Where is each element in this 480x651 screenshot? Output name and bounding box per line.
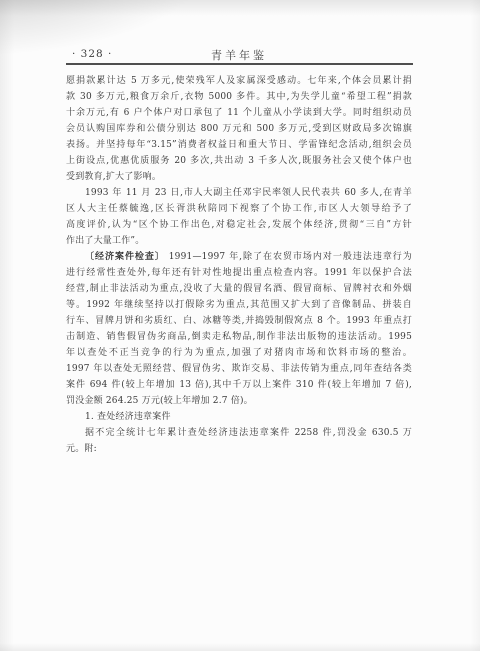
text-line: 受到教育,扩大了影响。 [66,169,412,185]
book-title: 青羊年鉴 [66,47,412,63]
text-line: 等。1992 年继续坚持以打假除劣为重点,其范围又扩大到了音像制品、拼装自 [66,297,412,313]
text-line: 区人大主任蔡毓逸,区长胥洪秋陪同下视察了个协工作,市区人大领导给予了 [66,201,412,217]
text-line: 罚没金额 264.25 万元(较上年增加 2.7 倍)。 [66,393,412,409]
text-line: 1997 年以查处无照经营、假冒伪劣、欺诈交易、非法传销为重点,同年查结各类 [66,361,412,377]
text-line: 十余万元,有 6 户个体户对口承包了 11 个儿童从小学读到大学。同时组织动员 [66,105,412,121]
text-line: 年以查处不正当竞争的行为为重点,加强了对猪肉市场和饮料市场的整治。 [66,345,412,361]
page-header: · 328 · 青羊年鉴 [66,46,412,62]
scanned-page: · 328 · 青羊年鉴 愿捐款累计达 5 万多元,使荣残军人及家属深受感动。七… [0,0,480,651]
header-rule [66,63,413,65]
text-line: 元。附: [66,441,412,457]
text-line: 案件 694 件(较上年增加 13 倍),其中千万以上案件 310 件(较上年增… [66,377,412,393]
text-line: 1. 查处经济违章案件 [66,409,412,425]
text-line: 击制造、销售假冒伪劣商品,倒卖走私物品,制作非法出版物的违法活动。1995 [66,329,412,345]
text-line: 愿捐款累计达 5 万多元,使荣残军人及家属深受感动。七年来,个体会员累计捐 [66,73,412,89]
text-line: 款 30 多万元,粮食万余斤,衣物 5000 多件。其中,为失学儿童“希望工程”… [66,89,412,105]
page-body: 愿捐款累计达 5 万多元,使荣残军人及家属深受感动。七年来,个体会员累计捐款 3… [66,73,412,457]
text-lines: 愿捐款累计达 5 万多元,使荣残军人及家属深受感动。七年来,个体会员累计捐款 3… [66,73,412,457]
text-line: 进行经常性查处外,每年还有针对性地提出重点检查内容。1991 年以保护合法 [66,265,412,281]
text-line: 作出了大量工作”。 [66,233,412,249]
text-line: 表扬。并坚持每年“3.15”消费者权益日和重大节日、学雷锋纪念活动,组织会员 [66,137,412,153]
text-line: 上街设点,优惠优质服务 20 多次,共出动 3 千多人次,既服务社会又使个体户也 [66,153,412,169]
text-line: 行车、冒牌月饼和劣质红、白、冰糖等类,并捣毁制假窝点 8 个。1993 年重点打 [66,313,412,329]
text-line: 会员认购国库券和公债分别达 800 万元和 500 多万元,受到区财政局多次锦旗 [66,121,412,137]
entry-title: 〔经济案件检查〕 [85,252,165,262]
text-line: 1993 年 11 月 23 日,市人大副主任邓宇民率领人民代表共 60 多人,… [66,185,412,201]
text-line: 高度评价,认为“区个协工作出色,对稳定社会,发展个体经济,贯彻“三自”方针 [66,217,412,233]
text-line: 经营,制止非法活动为重点,没收了大量的假冒名酒、假冒商标、冒牌衬衣和外烟 [66,281,412,297]
text-line: 〔经济案件检查〕 1991—1997 年,除了在农贸市场内对一般违法违章行为 [66,249,412,265]
text-line: 据不完全统计七年累计查处经济违法违章案件 2258 件,罚没金 630.5 万 [66,425,412,441]
